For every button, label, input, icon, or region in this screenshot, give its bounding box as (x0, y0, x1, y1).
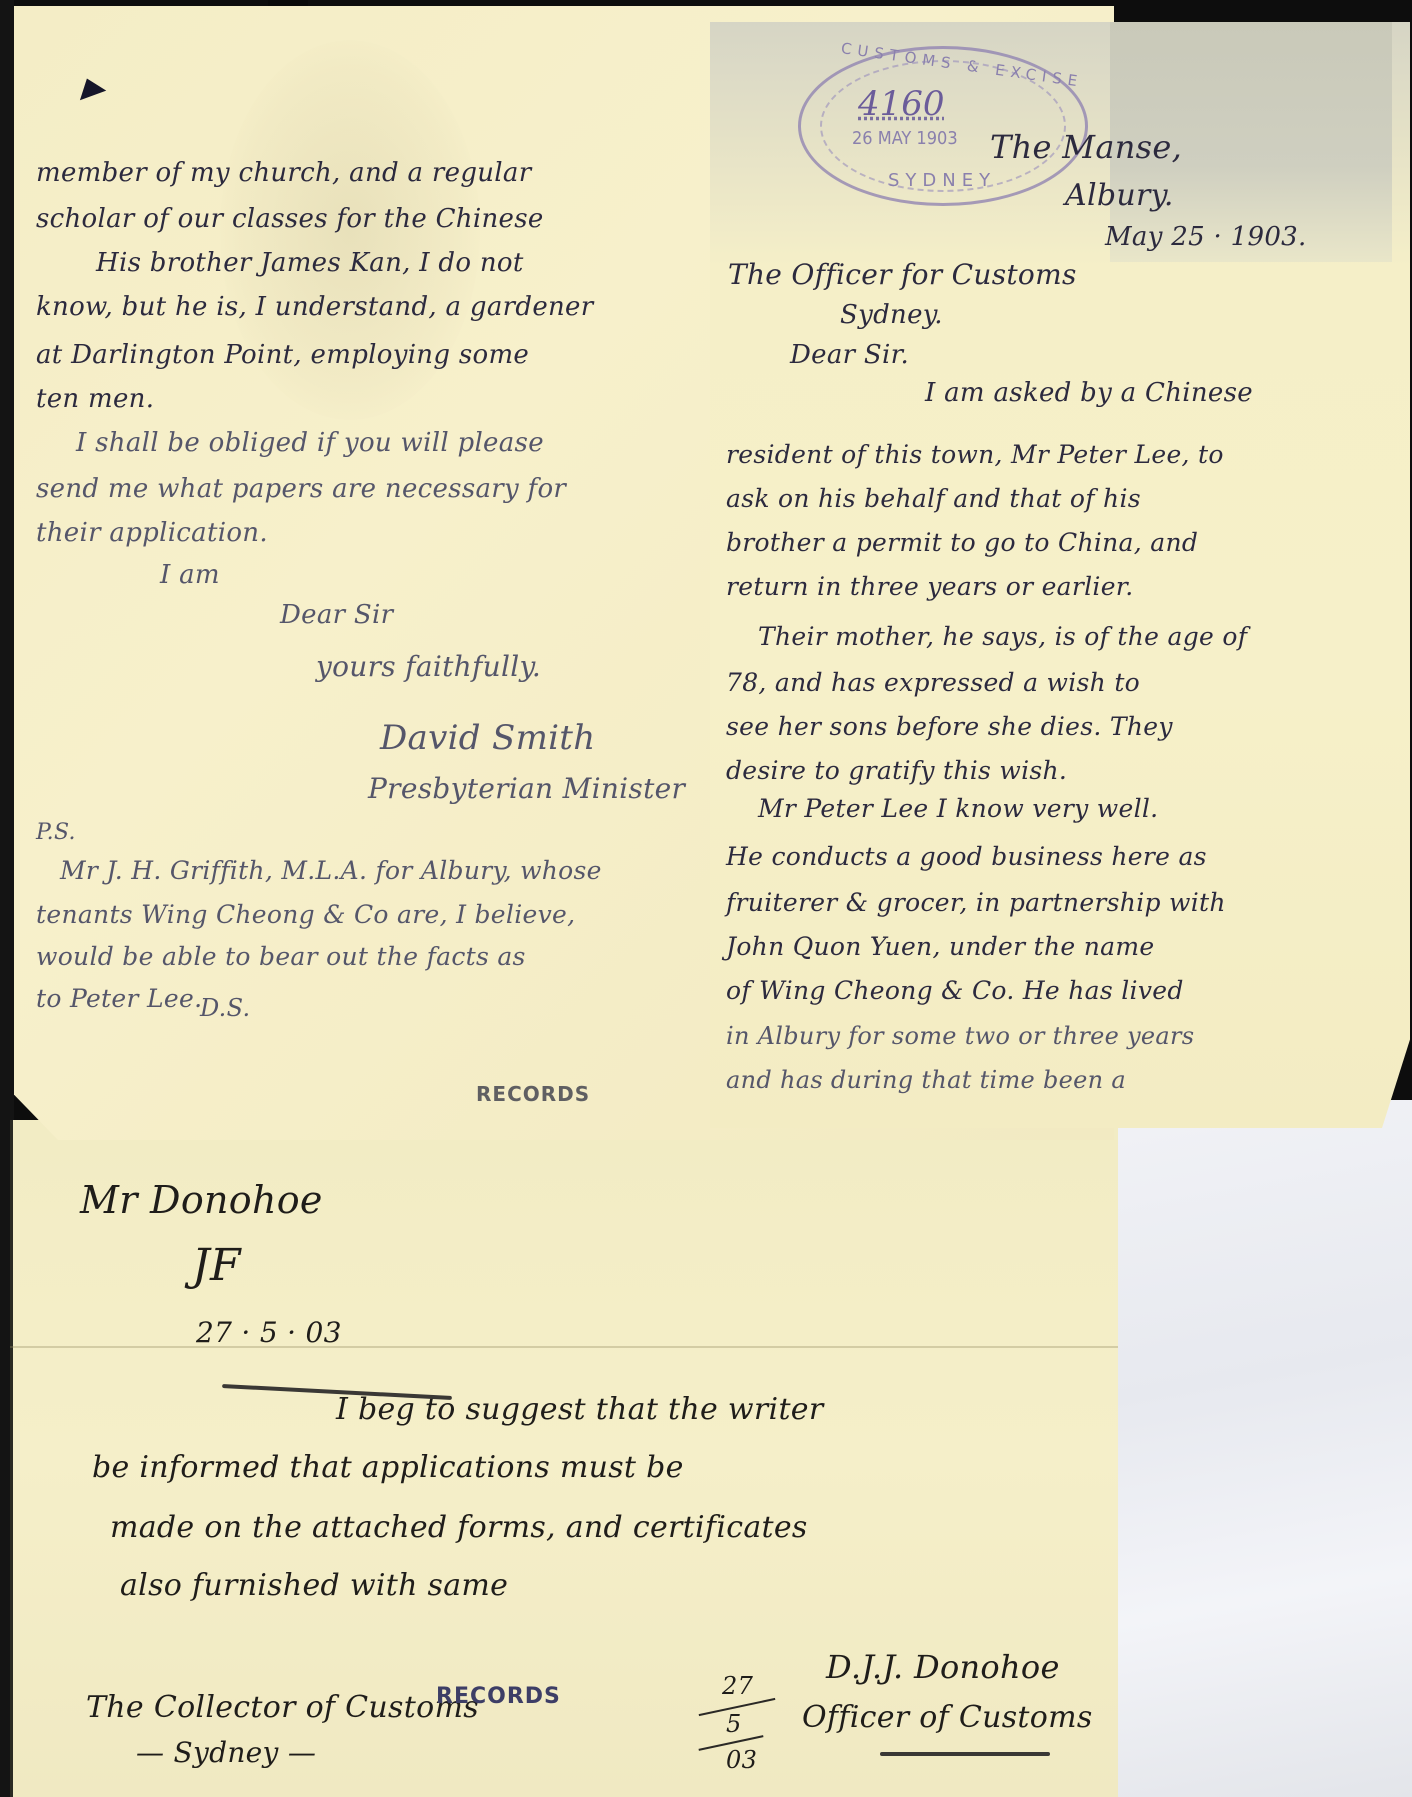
stamp-number: 4160 (858, 84, 945, 124)
salutation: Dear Sir. (790, 340, 909, 370)
body-line: 78, and has expressed a wish to (726, 668, 1140, 697)
recipient-line-1: The Officer for Customs (728, 258, 1077, 291)
records-stamp-2: RECORDS (436, 1684, 561, 1709)
minute-signature-title: Officer of Customs (802, 1700, 1093, 1735)
ps-line: tenants Wing Cheong & Co are, I believe, (36, 900, 575, 929)
ps-line: would be able to bear out the facts as (36, 942, 526, 971)
closing-line-2: Dear Sir (280, 600, 393, 630)
minute-body-line: I beg to suggest that the writer (336, 1392, 824, 1427)
recipient-line-2: Sydney. (840, 300, 943, 330)
minute-initials: JF (192, 1240, 241, 1291)
body-line: desire to gratify this wish. (726, 756, 1067, 785)
body-line: of Wing Cheong & Co. He has lived (726, 976, 1184, 1005)
closing-line-1: I am (160, 560, 220, 590)
records-stamp: RECORDS (476, 1082, 590, 1106)
body-line: I shall be obliged if you will please (76, 428, 544, 458)
minute-to-line-1: The Collector of Customs (86, 1690, 479, 1725)
minute-addressee: Mr Donohoe (80, 1178, 323, 1222)
body-line: brother a permit to go to China, and (726, 528, 1198, 557)
signature-title: Presbyterian Minister (368, 772, 685, 805)
body-line: at Darlington Point, employing some (36, 340, 529, 370)
ps-line: Mr J. H. Griffith, M.L.A. for Albury, wh… (60, 856, 602, 885)
address-line-2: Albury. (1065, 178, 1174, 213)
body-line: know, but he is, I understand, a gardene… (36, 292, 593, 322)
body-line: His brother James Kan, I do not (96, 248, 524, 278)
body-line: member of my church, and a regular (36, 158, 531, 188)
minute-body-line: be informed that applications must be (92, 1450, 684, 1485)
body-line: in Albury for some two or three years (726, 1022, 1194, 1050)
ps-label: P.S. (36, 820, 76, 845)
minute-body-line: made on the attached forms, and certific… (110, 1510, 808, 1545)
body-line: He conducts a good business here as (726, 842, 1207, 871)
fraction-day: 27 (722, 1672, 753, 1700)
address-line-1: The Manse, (990, 128, 1182, 166)
signature: David Smith (380, 718, 595, 758)
stamp-date: 26 MAY 1903 (852, 128, 958, 149)
fraction-month: 5 (726, 1710, 742, 1738)
body-line: I am asked by a Chinese (925, 378, 1253, 408)
ps-initials: D.S. (200, 994, 250, 1022)
fold-line (10, 1346, 1118, 1348)
letter-date: May 25 · 1903. (1105, 222, 1307, 252)
body-line: fruiterer & grocer, in partnership with (726, 888, 1226, 917)
body-line: John Quon Yuen, under the name (726, 932, 1154, 961)
body-line: ten men. (36, 384, 154, 414)
body-line: see her sons before she dies. They (726, 712, 1173, 741)
minute-body-line: also furnished with same (120, 1568, 508, 1603)
signature-underline (880, 1752, 1050, 1756)
minute-to-line-2: — Sydney — (136, 1736, 316, 1769)
body-line: their application. (36, 518, 268, 548)
body-line: and has during that time been a (726, 1066, 1126, 1094)
minute-date: 27 · 5 · 03 (196, 1316, 342, 1349)
body-line: return in three years or earlier. (726, 572, 1134, 601)
body-line: resident of this town, Mr Peter Lee, to (726, 440, 1224, 469)
backing-card (1118, 1100, 1412, 1797)
body-line: Mr Peter Lee I know very well. (758, 794, 1158, 823)
closing-line-3: yours faithfully. (316, 650, 541, 683)
stamp-bottom-text: SYDNEY (888, 170, 996, 191)
body-line: Their mother, he says, is of the age of (758, 622, 1247, 651)
body-line: scholar of our classes for the Chinese (36, 204, 544, 234)
body-line: ask on his behalf and that of his (726, 484, 1141, 513)
minute-signature: D.J.J. Donohoe (826, 1648, 1060, 1686)
ps-line: to Peter Lee. (36, 984, 202, 1013)
fraction-year: 03 (726, 1746, 757, 1774)
body-line: send me what papers are necessary for (36, 474, 566, 504)
